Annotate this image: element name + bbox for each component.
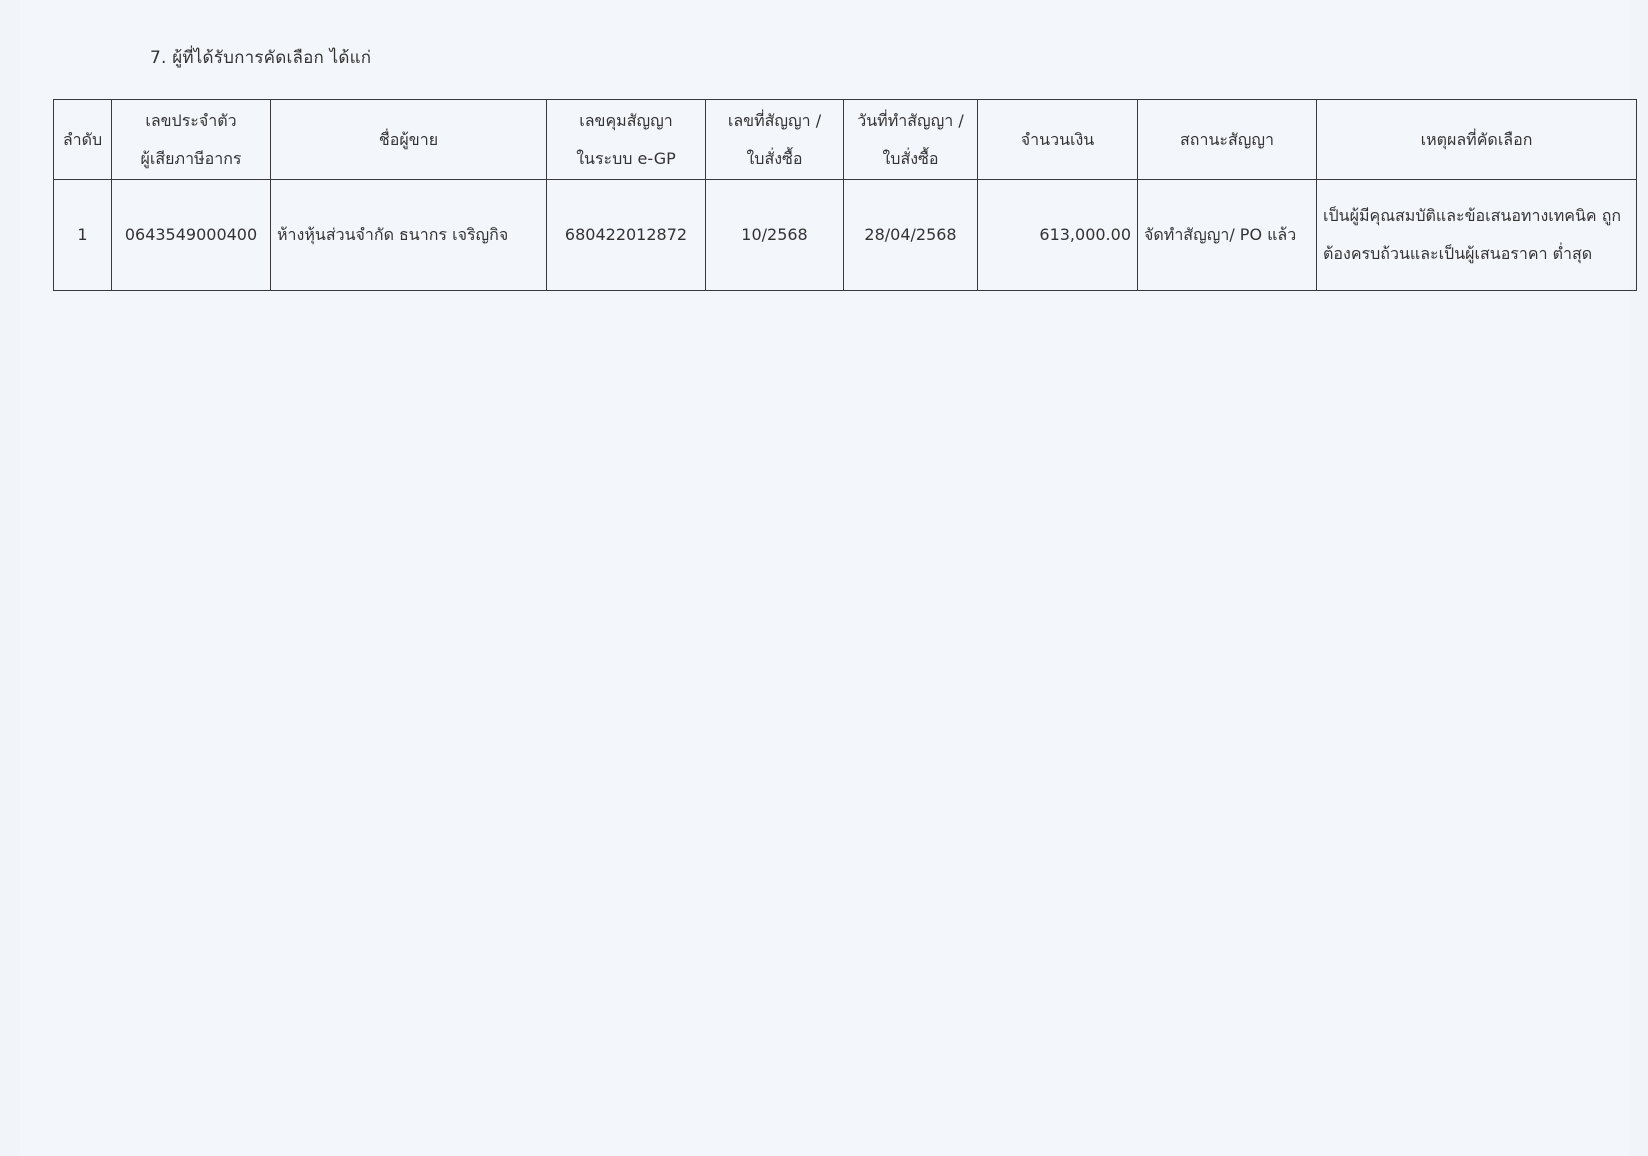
header-contract-date: วันที่ทำสัญญา /ใบสั่งซื้อ (844, 100, 978, 180)
cell-egp-number: 680422012872 (547, 180, 706, 291)
cell-vendor: ห้างหุ้นส่วนจำกัด ธนากร เจริญกิจ (271, 180, 547, 291)
header-contract-no: เลขที่สัญญา /ใบสั่งซื้อ (706, 100, 844, 180)
header-amount: จำนวนเงิน (978, 100, 1138, 180)
cell-amount: 613,000.00 (978, 180, 1138, 291)
section-title: 7. ผู้ที่ได้รับการคัดเลือก ได้แก่ (150, 44, 371, 71)
header-no: ลำดับ (54, 100, 112, 180)
selected-vendor-table: ลำดับ เลขประจำตัวผู้เสียภาษีอากร ชื่อผู้… (53, 99, 1637, 291)
cell-tax-id: 0643549000400 (112, 180, 271, 291)
header-egp-number: เลขคุมสัญญาในระบบ e-GP (547, 100, 706, 180)
cell-reason: เป็นผู้มีคุณสมบัติและข้อเสนอทางเทคนิค ถู… (1317, 180, 1637, 291)
cell-status: จัดทำสัญญา/ PO แล้ว (1138, 180, 1317, 291)
cell-no: 1 (54, 180, 112, 291)
header-tax-id: เลขประจำตัวผู้เสียภาษีอากร (112, 100, 271, 180)
header-reason: เหตุผลที่คัดเลือก (1317, 100, 1637, 180)
table-row: 1 0643549000400 ห้างหุ้นส่วนจำกัด ธนากร … (54, 180, 1637, 291)
header-vendor: ชื่อผู้ขาย (271, 100, 547, 180)
cell-contract-no: 10/2568 (706, 180, 844, 291)
cell-contract-date: 28/04/2568 (844, 180, 978, 291)
table-header-row: ลำดับ เลขประจำตัวผู้เสียภาษีอากร ชื่อผู้… (54, 100, 1637, 180)
header-status: สถานะสัญญา (1138, 100, 1317, 180)
